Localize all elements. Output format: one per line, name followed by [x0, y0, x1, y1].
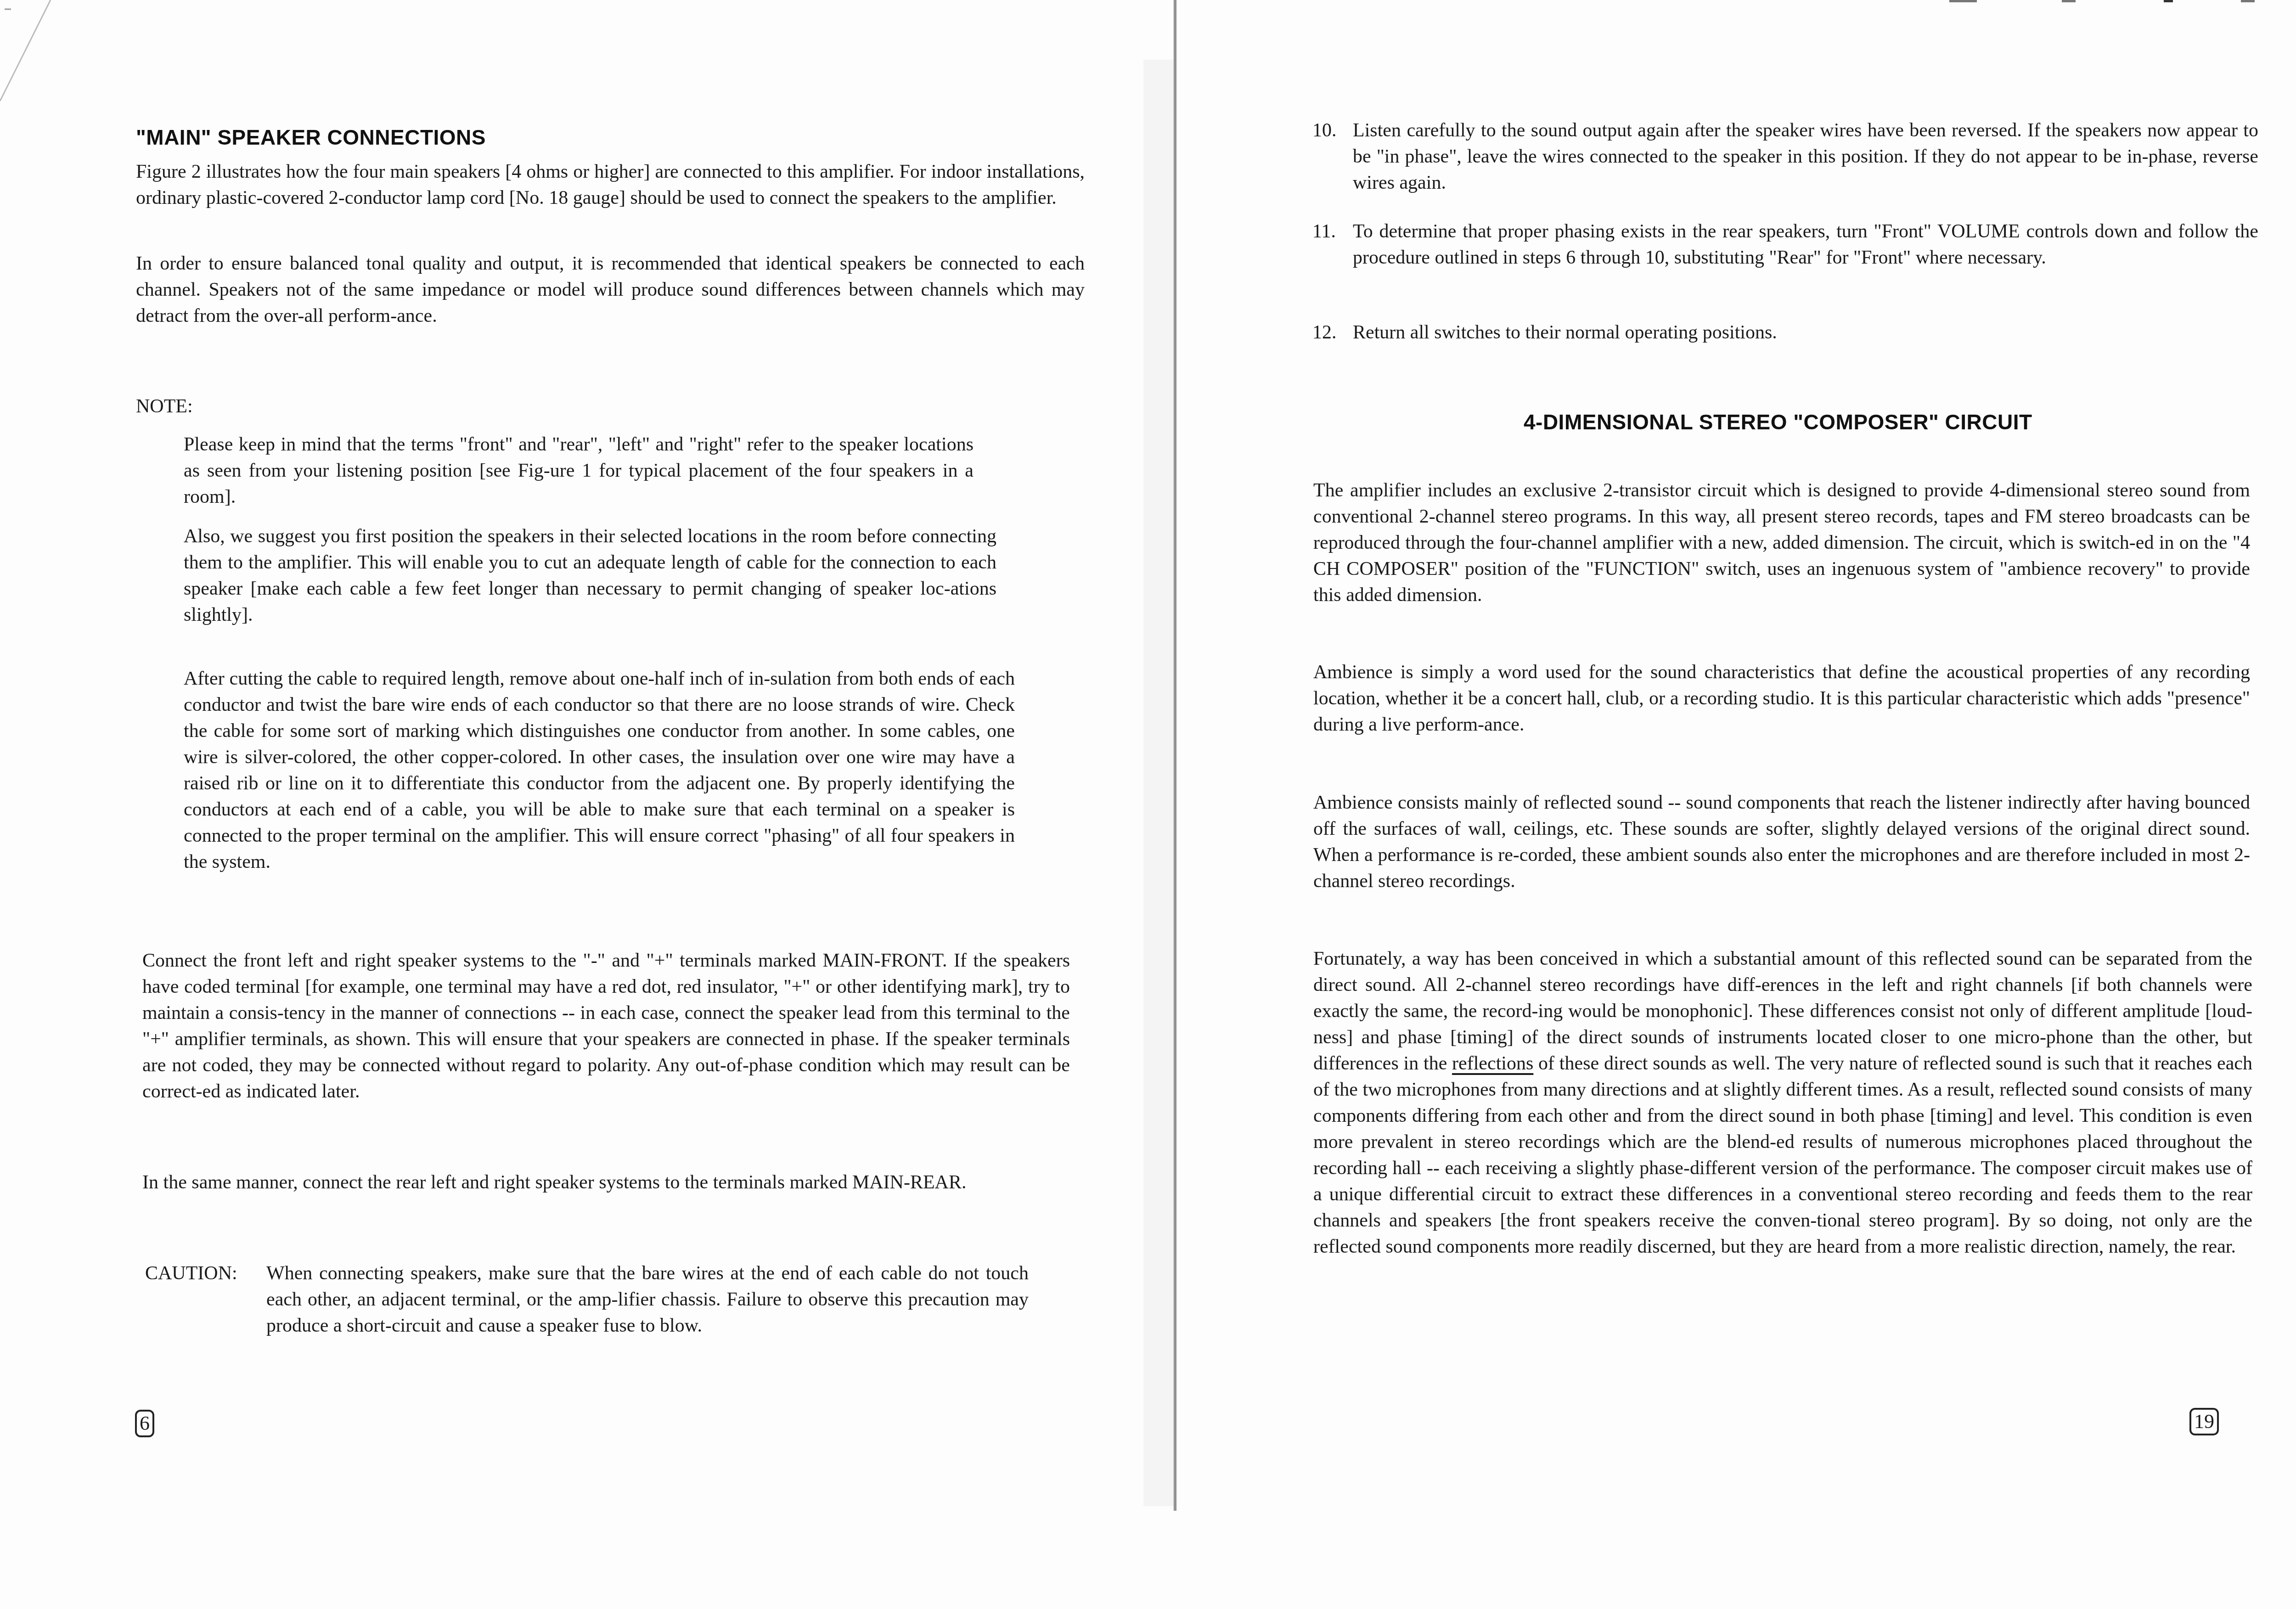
step-item: 12. Return all switches to their normal …	[1312, 320, 2258, 346]
step-text: Listen carefully to the sound output aga…	[1353, 118, 2258, 196]
paragraph-text-part: of these direct sounds as well. The very…	[1313, 1053, 2252, 1257]
step-number: 11.	[1312, 219, 1336, 245]
scanned-book-spread: "MAIN" SPEAKER CONNECTIONS Figure 2 illu…	[0, 0, 2296, 1609]
page-number-right: 19	[2189, 1408, 2219, 1435]
underlined-word-reflections: reflections	[1452, 1053, 1533, 1074]
step-item: 11. To determine that proper phasing exi…	[1312, 219, 2258, 271]
step-item: 10. Listen carefully to the sound output…	[1312, 118, 2258, 196]
paragraph-composer-intro: The amplifier includes an exclusive 2-tr…	[1313, 478, 2250, 608]
step-number: 10.	[1312, 118, 1337, 144]
step-text: To determine that proper phasing exists …	[1353, 219, 2258, 271]
paragraph-fortunately: Fortunately, a way has been conceived in…	[1313, 946, 2252, 1260]
paragraph-ambience-reflected: Ambience consists mainly of reflected so…	[1313, 790, 2250, 895]
step-number: 12.	[1312, 320, 1337, 346]
section-heading-composer-circuit: 4-DIMENSIONAL STEREO "COMPOSER" CIRCUIT	[1524, 410, 2032, 434]
right-page: 10. Listen carefully to the sound output…	[0, 0, 2296, 1609]
paragraph-ambience-definition: Ambience is simply a word used for the s…	[1313, 659, 2250, 738]
step-text: Return all switches to their normal oper…	[1353, 320, 2258, 346]
